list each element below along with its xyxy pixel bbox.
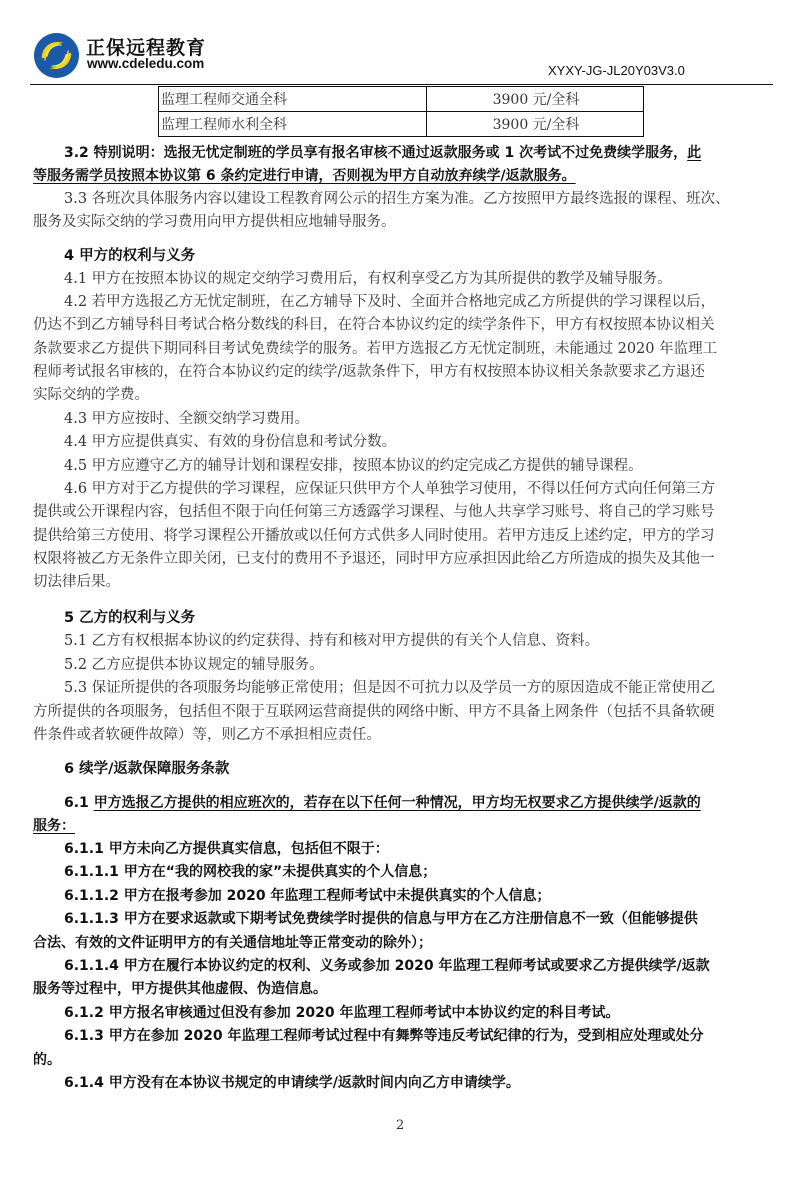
section-6-heading: 6 续学/返款保障服务条款 [64,759,800,779]
clause-6-1-1-3-line2: 合法、有效的文件证明甲方的有关通信地址等正常变动的除外）； [33,933,773,953]
clause-6-1-1-4-line1: 6.1.1.4 甲方在履行本协议约定的权利、义务或参加 2020 年监理工程师考… [64,956,800,976]
clause-3-2-line1: 3.2 特别说明：选报无忧定制班的学员享有报名审核不通过返款服务或 1 次考试不… [64,143,800,163]
header-divider [30,84,773,85]
clause-4-6-line5: 切法律后果。 [33,572,773,592]
clause-5-3-line2: 方所提供的各项服务，包括但不限于互联网运营商提供的网络中断、甲方不具备上网条件（… [33,702,773,722]
clause-3-3-line1: 3.3 各班次具体服务内容以建设工程教育网公示的招生方案为准。乙方按照甲方最终选… [64,189,800,209]
table-row: 监理工程师水利全科 3900 元/全科 [159,112,644,137]
document-code: XYXY-JG-JL20Y03V3.0 [548,63,685,78]
section-5-heading: 5 乙方的权利与义务 [64,608,800,628]
price-cell: 3900 元/全科 [427,112,644,137]
price-cell: 3900 元/全科 [427,87,644,112]
cdel-logo-icon [33,32,80,79]
clause-6-1-number: 6.1 [64,795,94,811]
clause-4-3: 4.3 甲方应按时、全额交纳学习费用。 [64,409,800,429]
clause-6-1-1: 6.1.1 甲方未向乙方提供真实信息，包括但不限于： [64,839,800,859]
clause-4-5: 4.5 甲方应遵守乙方的辅导计划和课程安排，按照本协议的约定完成乙方提供的辅导课… [64,456,800,476]
clause-4-2-line3: 条款要求乙方提供下期同科目考试免费续学的服务。若甲方选报乙方无忧定制班，未能通过… [33,339,773,359]
section-4-heading: 4 甲方的权利与义务 [64,246,800,266]
clause-6-1-line2: 服务： [33,816,773,836]
clause-6-1-4: 6.1.4 甲方没有在本协议书规定的申请续学/返款时间内向乙方申请续学。 [64,1073,800,1093]
clause-5-3-line3: 件条件或者软硬件故障）等，则乙方不承担相应责任。 [33,725,773,745]
clause-4-6-line4: 权限将被乙方无条件立即关闭，已支付的费用不予退还，同时甲方应承担因此给乙方所造成… [33,549,773,569]
clause-6-1-1-1: 6.1.1.1 甲方在“我的网校我的家”未提供真实的个人信息； [64,862,800,882]
table-row: 监理工程师交通全科 3900 元/全科 [159,87,644,112]
clause-4-4: 4.4 甲方应提供真实、有效的身份信息和考试分数。 [64,432,800,452]
clause-3-2-underlined-text: 此 [687,145,701,161]
course-cell: 监理工程师交通全科 [159,87,427,112]
clause-4-2-line2: 仍达不到乙方辅导科目考试合格分数线的科目，在符合本协议约定的续学条件下，甲方有权… [33,315,773,335]
brand-url: www.cdeledu.com [87,56,204,71]
clause-3-2-text: 3.2 特别说明：选报无忧定制班的学员享有报名审核不通过返款服务或 1 次考试不… [64,145,687,161]
fee-table: 监理工程师交通全科 3900 元/全科 监理工程师水利全科 3900 元/全科 [158,86,644,137]
clause-4-2-line4: 程师考试报名审核的，在符合本协议约定的续学/返款条件下，甲方有权按照本协议相关条… [33,362,773,382]
clause-6-1-2: 6.1.2 甲方报名审核通过但没有参加 2020 年监理工程师考试中本协议约定的… [64,1003,800,1023]
clause-6-1-3-line1: 6.1.3 甲方在参加 2020 年监理工程师考试过程中有舞弊等违反考试纪律的行… [64,1026,800,1046]
clause-6-1-underlined-text: 甲方选报乙方提供的相应班次的，若存在以下任何一种情况，甲方均无权要求乙方提供续学… [94,795,701,811]
clause-5-2: 5.2 乙方应提供本协议规定的辅导服务。 [64,655,800,675]
clause-6-1-1-3-line1: 6.1.1.3 甲方在要求返款或下期考试免费续学时提供的信息与甲方在乙方注册信息… [64,909,800,929]
clause-3-2-line2: 等服务需学员按照本协议第 6 条约定进行申请，否则视为甲方自动放弃续学/返款服务… [33,166,773,186]
clause-4-6-line1: 4.6 甲方对于乙方提供的学习课程，应保证只供甲方个人单独学习使用，不得以任何方… [64,479,800,499]
clause-4-2-line1: 4.2 若甲方选报乙方无忧定制班，在乙方辅导下及时、全面并合格地完成乙方所提供的… [64,292,800,312]
clause-4-1: 4.1 甲方在按照本协议的规定交纳学习费用后，有权利享受乙方为其所提供的教学及辅… [64,269,800,289]
page-number: 2 [396,1118,404,1133]
clause-5-1: 5.1 乙方有权根据本协议的约定获得、持有和核对甲方提供的有关个人信息、资料。 [64,631,800,651]
course-cell: 监理工程师水利全科 [159,112,427,137]
clause-3-3-line2: 服务及实际交纳的学习费用向甲方提供相应地辅导服务。 [33,212,773,232]
clause-6-1-1-4-line2: 服务等过程中，甲方提供其他虚假、伪造信息。 [33,979,773,999]
clause-4-6-line2: 提供或公开课程内容，包括但不限于向任何第三方透露学习课程、与他人共享学习账号、将… [33,502,773,522]
clause-6-1-line1: 6.1 甲方选报乙方提供的相应班次的，若存在以下任何一种情况，甲方均无权要求乙方… [64,793,800,813]
clause-5-3-line1: 5.3 保证所提供的各项服务均能够正常使用；但是因不可抗力以及学员一方的原因造成… [64,678,800,698]
clause-6-1-1-2: 6.1.1.2 甲方在报考参加 2020 年监理工程师考试中未提供真实的个人信息… [64,886,800,906]
clause-6-1-3-line2: 的。 [33,1050,773,1070]
clause-4-6-line3: 提供给第三方使用、将学习课程公开播放或以任何方式供多人同时使用。若甲方违反上述约… [33,526,773,546]
clause-4-2-line5: 实际交纳的学费。 [33,385,773,405]
